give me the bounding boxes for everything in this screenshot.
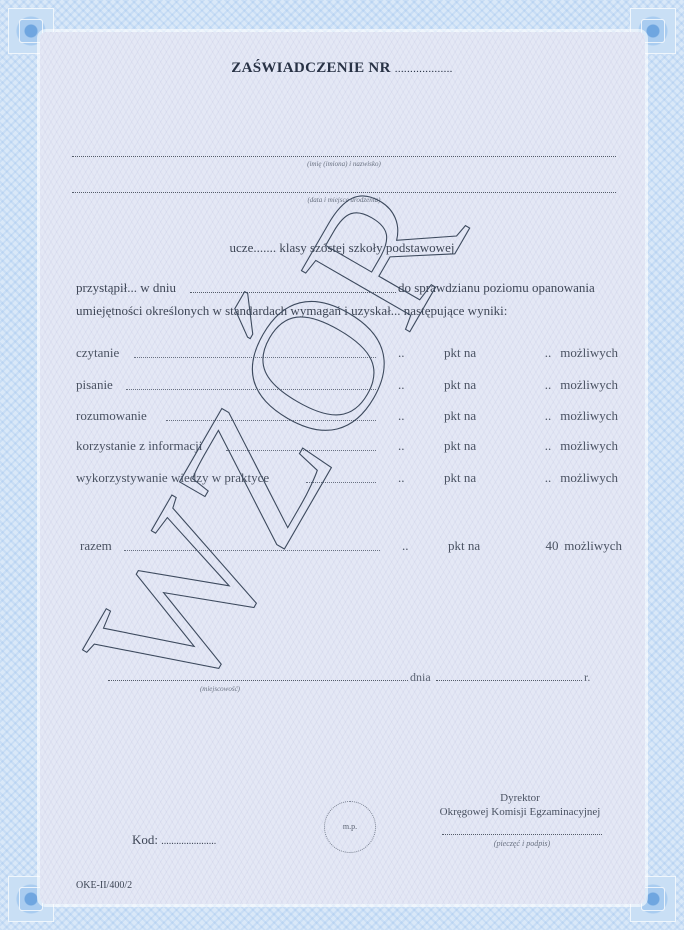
name-line (72, 156, 616, 157)
signature-line (442, 834, 602, 835)
code-field: Kod: ...................... (132, 832, 216, 848)
year-suffix: r. (584, 670, 590, 685)
signatory-title: Dyrektor (430, 792, 610, 804)
date-line (436, 680, 582, 681)
code-label: Kod: (132, 832, 158, 847)
result-pkt-label: pkt na (444, 408, 476, 424)
form-id: OKE-II/400/2 (76, 880, 132, 891)
result-row: czytanie..pkt na..możliwych (76, 345, 618, 363)
result-leader-dots (226, 450, 376, 451)
result-leader-dots (126, 389, 376, 390)
result-row: rozumowanie..pkt na..możliwych (76, 408, 618, 426)
result-label: czytanie (76, 345, 119, 361)
certificate-number-field: ................... (395, 63, 453, 75)
signature-caption: (pieczęć i podpis) (442, 839, 602, 848)
result-suffix: możliwych (560, 345, 618, 361)
result-suffix: możliwych (564, 538, 622, 554)
date-label: dnia (410, 670, 431, 685)
result-score: .. (398, 345, 405, 361)
result-score: .. (398, 377, 405, 393)
place-line (108, 680, 408, 681)
result-max: .. (538, 377, 558, 393)
name-caption: (imię (imiona) i nazwisko) (72, 160, 616, 168)
result-row: pisanie..pkt na..możliwych (76, 377, 618, 395)
result-label: razem (80, 538, 112, 554)
result-pkt-label: pkt na (444, 438, 476, 454)
paragraph-line1-end: do sprawdzianu poziomu opanowania (398, 280, 595, 296)
result-max: .. (538, 470, 558, 486)
result-max: .. (538, 438, 558, 454)
result-leader-dots (134, 357, 376, 358)
result-pkt-label: pkt na (444, 470, 476, 486)
result-leader-dots (124, 550, 380, 551)
result-suffix: możliwych (560, 470, 618, 486)
result-suffix: możliwych (560, 408, 618, 424)
stamp-placeholder: m.p. (324, 801, 376, 853)
birth-caption: (data i miejsce urodzenia) (72, 196, 616, 204)
result-leader-dots (306, 482, 376, 483)
result-max: 40 (542, 538, 562, 554)
total-row: razem..pkt na40możliwych (80, 538, 622, 556)
code-value: ...................... (161, 836, 216, 847)
result-label: pisanie (76, 377, 113, 393)
paragraph-line2: umiejętności określonych w standardach w… (76, 303, 507, 319)
result-row: korzystanie z informacji..pkt na..możliw… (76, 438, 618, 456)
result-label: wykorzystywanie wiedzy w praktyce (76, 470, 269, 486)
place-caption: (miejscowość) (160, 685, 280, 693)
result-row: wykorzystywanie wiedzy w praktyce..pkt n… (76, 470, 618, 488)
exam-date-line (190, 292, 396, 293)
result-pkt-label: pkt na (448, 538, 480, 554)
result-leader-dots (166, 420, 376, 421)
result-max: .. (538, 345, 558, 361)
certificate-title: ZAŚWIADCZENIE NR ................... (0, 60, 684, 77)
result-pkt-label: pkt na (444, 377, 476, 393)
result-pkt-label: pkt na (444, 345, 476, 361)
result-score: .. (398, 470, 405, 486)
result-suffix: możliwych (560, 438, 618, 454)
result-score: .. (402, 538, 409, 554)
result-score: .. (398, 408, 405, 424)
result-suffix: możliwych (560, 377, 618, 393)
result-label: korzystanie z informacji (76, 438, 202, 454)
class-line: ucze....... klasy szóstej szkoły podstaw… (0, 240, 684, 256)
signatory-institution: Okręgowej Komisji Egzaminacyjnej (420, 806, 620, 818)
result-label: rozumowanie (76, 408, 147, 424)
exam-date-label: przystąpił... w dniu (76, 280, 176, 296)
birth-line (72, 192, 616, 193)
title-text: ZAŚWIADCZENIE NR (231, 60, 390, 76)
result-score: .. (398, 438, 405, 454)
result-max: .. (538, 408, 558, 424)
